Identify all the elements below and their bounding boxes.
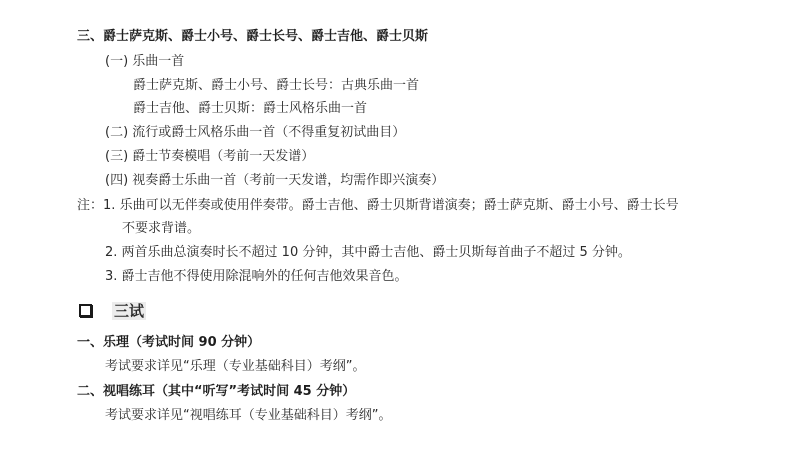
music-theory-title: 一、乐理（考试时间 90 分钟） (77, 334, 260, 352)
solfege-ear-training-desc: 考试要求详见“视唱练耳（专业基础科目）考纲”。 (105, 407, 391, 425)
note-1: 注：1. 乐曲可以无伴奏或使用伴奏带。爵士吉他、爵士贝斯背谱演奏；爵士萨克斯、爵… (77, 197, 679, 215)
section-heading-jazz-instruments: 三、爵士萨克斯、爵士小号、爵士长号、爵士吉他、爵士贝斯 (77, 28, 428, 46)
third-exam-title: 三试 (112, 302, 146, 320)
note-3: 3. 爵士吉他不得使用除混响外的任何吉他效果音色。 (105, 268, 408, 286)
note-text: 两首乐曲总演奏时长不超过 10 分钟，其中爵士吉他、爵士贝斯每首曲子不超过 5 … (122, 245, 631, 260)
solfege-ear-training-title: 二、视唱练耳（其中“听写”考试时间 45 分钟） (77, 383, 355, 401)
checkbox-bullet-icon (79, 304, 92, 317)
note-number: 1. (103, 197, 115, 215)
third-exam-heading: 三试 (79, 301, 146, 323)
music-theory-desc: 考试要求详见“乐理（专业基础科目）考纲”。 (105, 358, 365, 376)
note-number: 2. (105, 244, 117, 262)
note-text: 爵士吉他不得使用除混响外的任何吉他效果音色。 (122, 269, 408, 284)
note-number: 3. (105, 268, 117, 286)
item-sight-reading: (四) 视奏爵士乐曲一首（考前一天发谱，均需作即兴演奏） (105, 172, 444, 190)
note-2: 2. 两首乐曲总演奏时长不超过 10 分钟，其中爵士吉他、爵士贝斯每首曲子不超过… (105, 244, 631, 262)
note-1-continuation: 不要求背谱。 (122, 220, 200, 238)
note-text: 乐曲可以无伴奏或使用伴奏带。爵士吉他、爵士贝斯背谱演奏；爵士萨克斯、爵士小号、爵… (120, 198, 679, 213)
notes-prefix: 注： (77, 198, 103, 213)
item-jazz-rhythm-singing: (三) 爵士节奏模唱（考前一天发谱） (105, 148, 314, 166)
item-piece-one-sub-jazz: 爵士吉他、爵士贝斯：爵士风格乐曲一首 (133, 100, 367, 118)
item-piece-one-sub-classical: 爵士萨克斯、爵士小号、爵士长号：古典乐曲一首 (133, 77, 419, 95)
item-pop-or-jazz-piece: (二) 流行或爵士风格乐曲一首（不得重复初试曲目） (105, 124, 405, 142)
item-piece-one: (一) 乐曲一首 (105, 53, 184, 71)
